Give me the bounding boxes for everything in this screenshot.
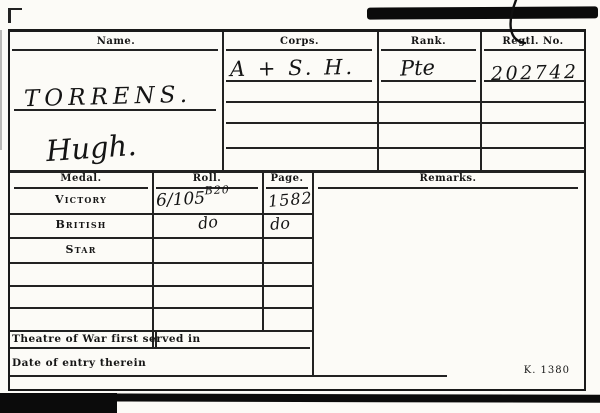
corps-header-rule xyxy=(226,49,372,51)
corps-header-label: Corps. xyxy=(222,36,377,47)
top-redaction-bar xyxy=(367,6,598,19)
remarks-header-label: Remarks. xyxy=(312,173,584,184)
scanned-medal-index-card-page: Name. Corps. Rank. Regtl. No. TORRENS. H… xyxy=(0,0,600,413)
british-row-rule xyxy=(10,237,312,239)
victory-medal-label: Victory xyxy=(10,193,152,206)
blank-medal-row-rule xyxy=(10,285,312,287)
victory-roll-ref: 6/105 xyxy=(156,188,206,211)
blank-row-rule xyxy=(226,147,585,149)
victory-roll-value: 6/105B20 xyxy=(155,183,230,211)
pen-stroke-mark xyxy=(498,0,542,48)
star-row-rule xyxy=(10,262,312,264)
regtl-header-rule xyxy=(484,49,585,51)
rank-value-handwritten: Pte xyxy=(400,55,436,80)
blank-medal-row-rule xyxy=(10,307,312,309)
name-header-label: Name. xyxy=(10,36,222,47)
date-of-entry-rule xyxy=(10,375,447,377)
blank-row-rule xyxy=(226,101,585,103)
form-code: K. 1380 xyxy=(490,365,570,376)
medal-roll-divider xyxy=(152,170,154,347)
victory-roll-note: B20 xyxy=(204,183,230,197)
surname-handwritten: TORRENS. xyxy=(24,82,193,112)
regtl-no-value-handwritten: 202742 xyxy=(491,61,579,85)
name-header-rule xyxy=(12,49,218,51)
page-header-label: Page. xyxy=(262,173,312,184)
theatre-row-rule xyxy=(10,347,310,349)
victory-page-value: 1582 xyxy=(267,188,313,211)
medal-header-label: Medal. xyxy=(10,173,152,184)
remarks-content xyxy=(316,192,580,372)
scan-edge-shadow xyxy=(0,30,2,150)
scan-corner-mark xyxy=(8,8,22,23)
rank-header-label: Rank. xyxy=(377,36,480,47)
theatre-of-war-label: Theatre of War first served in xyxy=(12,333,201,345)
victory-row-rule xyxy=(10,213,312,215)
corps-value-handwritten: A + S. H. xyxy=(230,55,355,81)
rank-header-rule xyxy=(381,49,476,51)
blank-medal-row-rule xyxy=(10,330,312,332)
british-medal-label: British xyxy=(10,218,152,231)
rank-entry-rule xyxy=(381,80,476,82)
forename-handwritten: Hugh. xyxy=(45,128,138,168)
medal-header-rule xyxy=(14,187,148,189)
medal-index-card: Name. Corps. Rank. Regtl. No. TORRENS. H… xyxy=(8,29,586,391)
british-roll-ditto: do xyxy=(197,212,219,233)
blank-row-rule xyxy=(226,122,585,124)
date-of-entry-label: Date of entry therein xyxy=(12,357,146,369)
bottom-redaction-blob xyxy=(0,393,117,413)
star-medal-label: Star xyxy=(10,243,152,256)
remarks-header-rule xyxy=(318,187,578,189)
name-corps-divider xyxy=(222,32,224,171)
british-page-ditto: do xyxy=(269,213,290,234)
roll-header-label: Roll. xyxy=(152,173,262,184)
